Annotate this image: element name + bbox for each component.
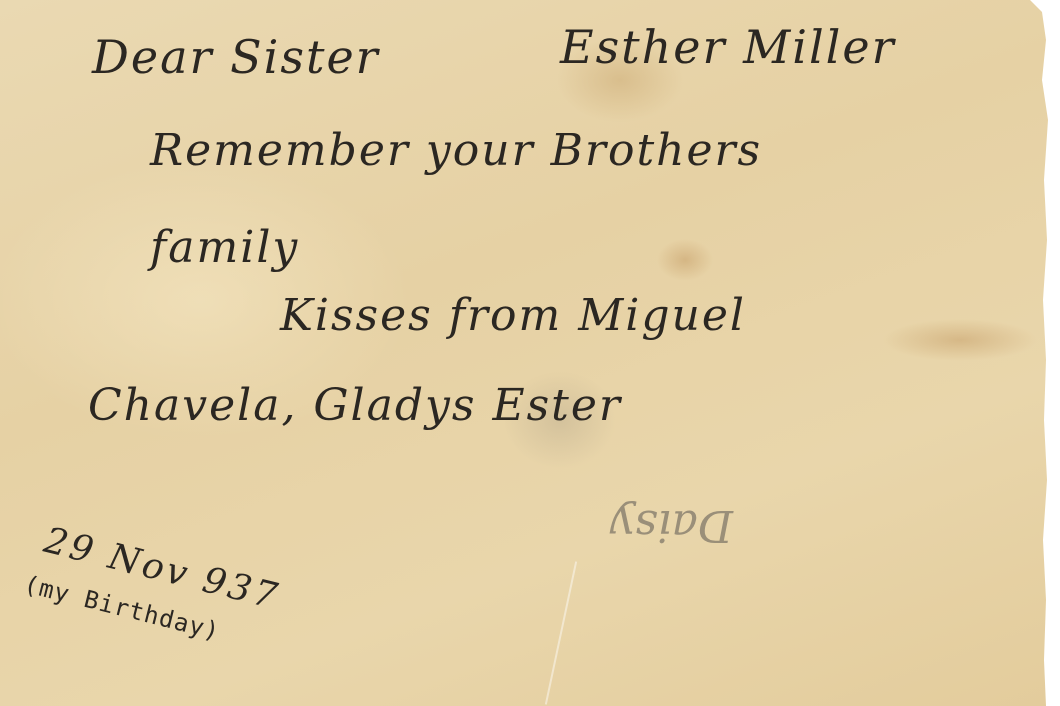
- paper-crease: [545, 561, 577, 704]
- message-line-4: Kisses from Miguel: [280, 290, 746, 341]
- photo-back-paper: Dear Sister Esther Miller Remember your …: [0, 0, 1050, 706]
- greeting-line: Dear Sister: [92, 30, 380, 84]
- message-line-2: Remember your Brothers: [150, 125, 762, 176]
- message-line-3: family: [150, 222, 299, 273]
- faint-inverted-signature: Daisy: [610, 500, 733, 551]
- recipient-name: Esther Miller: [560, 20, 896, 74]
- signature-names: Chavela, Gladys Ester: [88, 380, 622, 431]
